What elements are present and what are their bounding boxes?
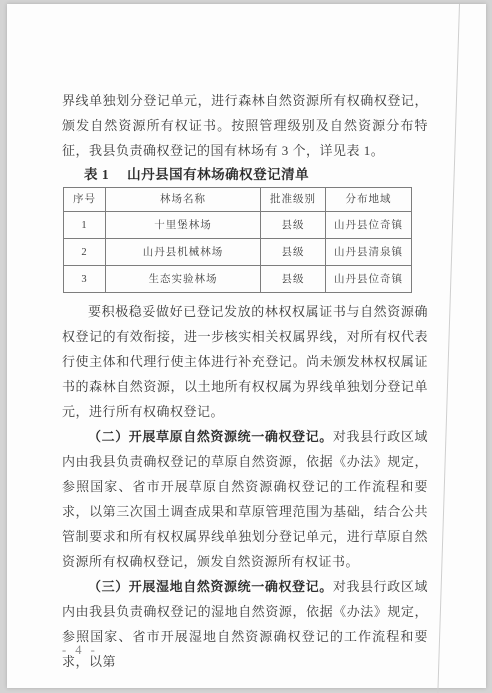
header-cell-index: 序号	[64, 188, 106, 212]
header-cell-farm-name: 林场名称	[106, 188, 261, 212]
cell-farm-name: 生态实验林场	[106, 266, 261, 293]
paragraph-text: 要积极稳妥做好已登记发放的林权权属证书与自然资源确权登记的有效衔接，进一步核实相…	[62, 304, 428, 419]
cell-approval-level: 县级	[261, 239, 326, 266]
section-heading-wetland: （三）开展湿地自然资源统一确权登记。	[88, 579, 333, 594]
paragraph-text: 界线单独划分登记单元，进行森林自然资源所有权确权登记，颁发自然资源所有权证书。按…	[62, 93, 428, 158]
header-cell-distribution-area: 分布地域	[326, 188, 412, 212]
paragraph-linkage-registration: 要积极稳妥做好已登记发放的林权权属证书与自然资源确权登记的有效衔接，进一步核实相…	[62, 299, 428, 424]
scanned-document-page: 界线单独划分登记单元，进行森林自然资源所有权确权登记，颁发自然资源所有权证书。按…	[7, 4, 486, 688]
forest-farm-registration-table: 序号 林场名称 批准级别 分布地域 1 十里堡林场 县级 山丹县位奇镇 2 山丹…	[63, 187, 412, 293]
page-edge-line	[437, 4, 460, 693]
paragraph-grassland-registration: （二）开展草原自然资源统一确权登记。对我县行政区域内由我县负责确权登记的草原自然…	[62, 424, 428, 574]
page-number: - 4 -	[62, 643, 98, 658]
table-header-row: 序号 林场名称 批准级别 分布地域	[64, 188, 412, 212]
cell-index: 3	[64, 266, 106, 293]
section-heading-grassland: （二）开展草原自然资源统一确权登记。	[88, 429, 333, 444]
table-caption-title: 山丹县国有林场确权登记清单	[127, 167, 309, 182]
cell-index: 2	[64, 239, 106, 266]
header-cell-approval-level: 批准级别	[261, 188, 326, 212]
cell-farm-name: 山丹县机械林场	[106, 239, 261, 266]
paragraph-wetland-registration: （三）开展湿地自然资源统一确权登记。对我县行政区域内由我县负责确权登记的湿地自然…	[62, 574, 428, 674]
table-caption-label: 表 1	[84, 167, 109, 182]
cell-distribution-area: 山丹县位奇镇	[326, 212, 412, 239]
table-row: 1 十里堡林场 县级 山丹县位奇镇	[64, 212, 412, 239]
cell-index: 1	[64, 212, 106, 239]
cell-distribution-area: 山丹县位奇镇	[326, 266, 412, 293]
cell-approval-level: 县级	[261, 266, 326, 293]
table-caption: 表 1山丹县国有林场确权登记清单	[84, 163, 428, 187]
table-row: 2 山丹县机械林场 县级 山丹县清泉镇	[64, 239, 412, 266]
cell-approval-level: 县级	[261, 212, 326, 239]
cell-distribution-area: 山丹县清泉镇	[326, 239, 412, 266]
paragraph-forest-registration: 界线单独划分登记单元，进行森林自然资源所有权确权登记，颁发自然资源所有权证书。按…	[62, 88, 428, 163]
cell-farm-name: 十里堡林场	[106, 212, 261, 239]
document-body: 界线单独划分登记单元，进行森林自然资源所有权确权登记，颁发自然资源所有权证书。按…	[62, 88, 428, 674]
table-row: 3 生态实验林场 县级 山丹县位奇镇	[64, 266, 412, 293]
paragraph-text: 对我县行政区域内由我县负责确权登记的草原自然资源，依据《办法》规定，参照国家、省…	[62, 429, 428, 569]
